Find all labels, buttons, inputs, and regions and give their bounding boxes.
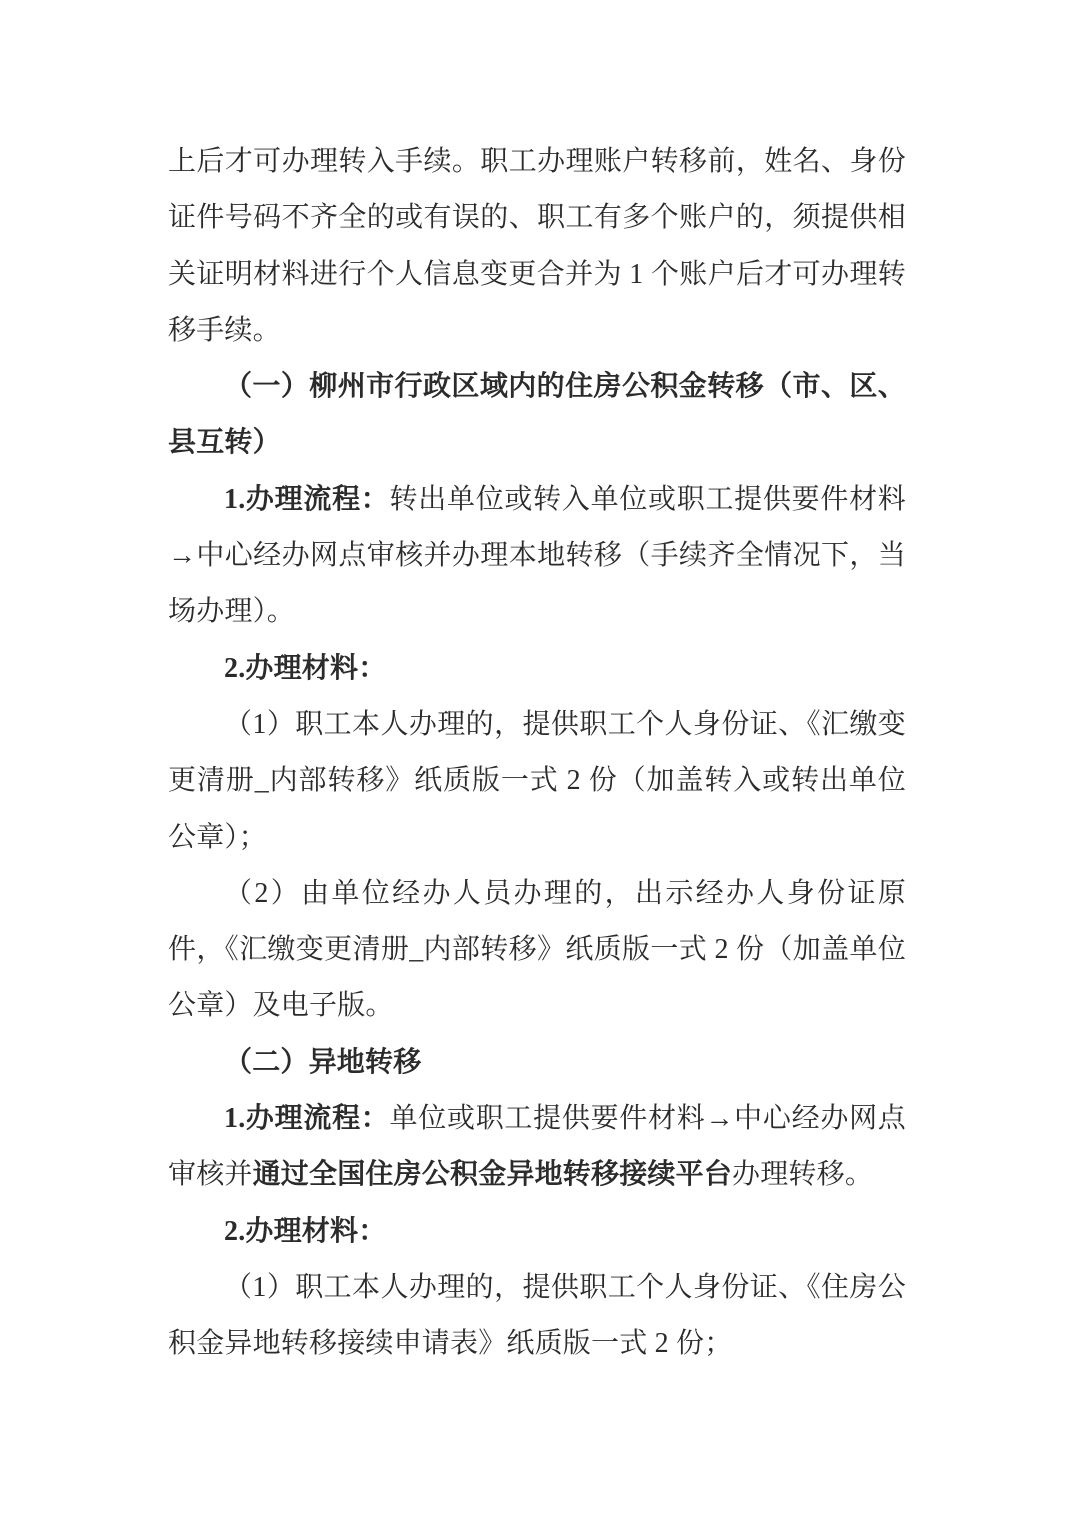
heading-text: （二）异地转移 [224,1047,421,1078]
text-run-platform-name: 通过全国住房公积金异地转移接续平台 [253,1159,732,1190]
text-run: 上后才可办理转入手续。职工办理账户转移前，姓名、身份证件号码不齐全的或有误的、职… [168,146,906,346]
label-materials: 2.办理材料： [224,653,386,684]
paragraph-material-1-remote: （1）职工本人办理的，提供职工个人身份证、《住房公积金异地转移接续申请表》纸质版… [168,1260,906,1373]
text-run: （1）职工本人办理的，提供职工个人身份证、《住房公积金异地转移接续申请表》纸质版… [168,1272,906,1359]
paragraph-material-2-local: （2）由单位经办人员办理的，出示经办人身份证原件，《汇缴变更清册_内部转移》纸质… [168,866,906,1035]
paragraph-material-1-local: （1）职工本人办理的，提供职工个人身份证、《汇缴变更清册_内部转移》纸质版一式 … [168,697,906,866]
text-run: 办理转移。 [732,1159,873,1190]
heading-section-2-remote-transfer: （二）异地转移 [168,1035,906,1091]
paragraph-process-remote: 1.办理流程：单位或职工提供要件材料→中心经办网点审核并通过全国住房公积金异地转… [168,1091,906,1204]
document-page: 上后才可办理转入手续。职工办理账户转移前，姓名、身份证件号码不齐全的或有误的、职… [0,0,1074,1520]
document-body: 上后才可办理转入手续。职工办理账户转移前，姓名、身份证件号码不齐全的或有误的、职… [168,134,906,1373]
text-run: （2）由单位经办人员办理的，出示经办人身份证原件，《汇缴变更清册_内部转移》纸质… [168,878,906,1022]
label-process: 1.办理流程： [224,484,390,515]
text-run: （1）职工本人办理的，提供职工个人身份证、《汇缴变更清册_内部转移》纸质版一式 … [168,709,906,853]
paragraph-intro-continuation: 上后才可办理转入手续。职工办理账户转移前，姓名、身份证件号码不齐全的或有误的、职… [168,134,906,359]
paragraph-materials-label-remote: 2.办理材料： [168,1204,906,1260]
paragraph-process-local: 1.办理流程：转出单位或转入单位或职工提供要件材料→中心经办网点审核并办理本地转… [168,472,906,641]
paragraph-materials-label-local: 2.办理材料： [168,641,906,697]
heading-section-1-local-transfer: （一）柳州市行政区域内的住房公积金转移（市、区、县互转） [168,359,906,472]
label-process: 1.办理流程： [224,1103,390,1134]
label-materials: 2.办理材料： [224,1216,386,1247]
heading-text: （一）柳州市行政区域内的住房公积金转移（市、区、县互转） [168,371,906,458]
